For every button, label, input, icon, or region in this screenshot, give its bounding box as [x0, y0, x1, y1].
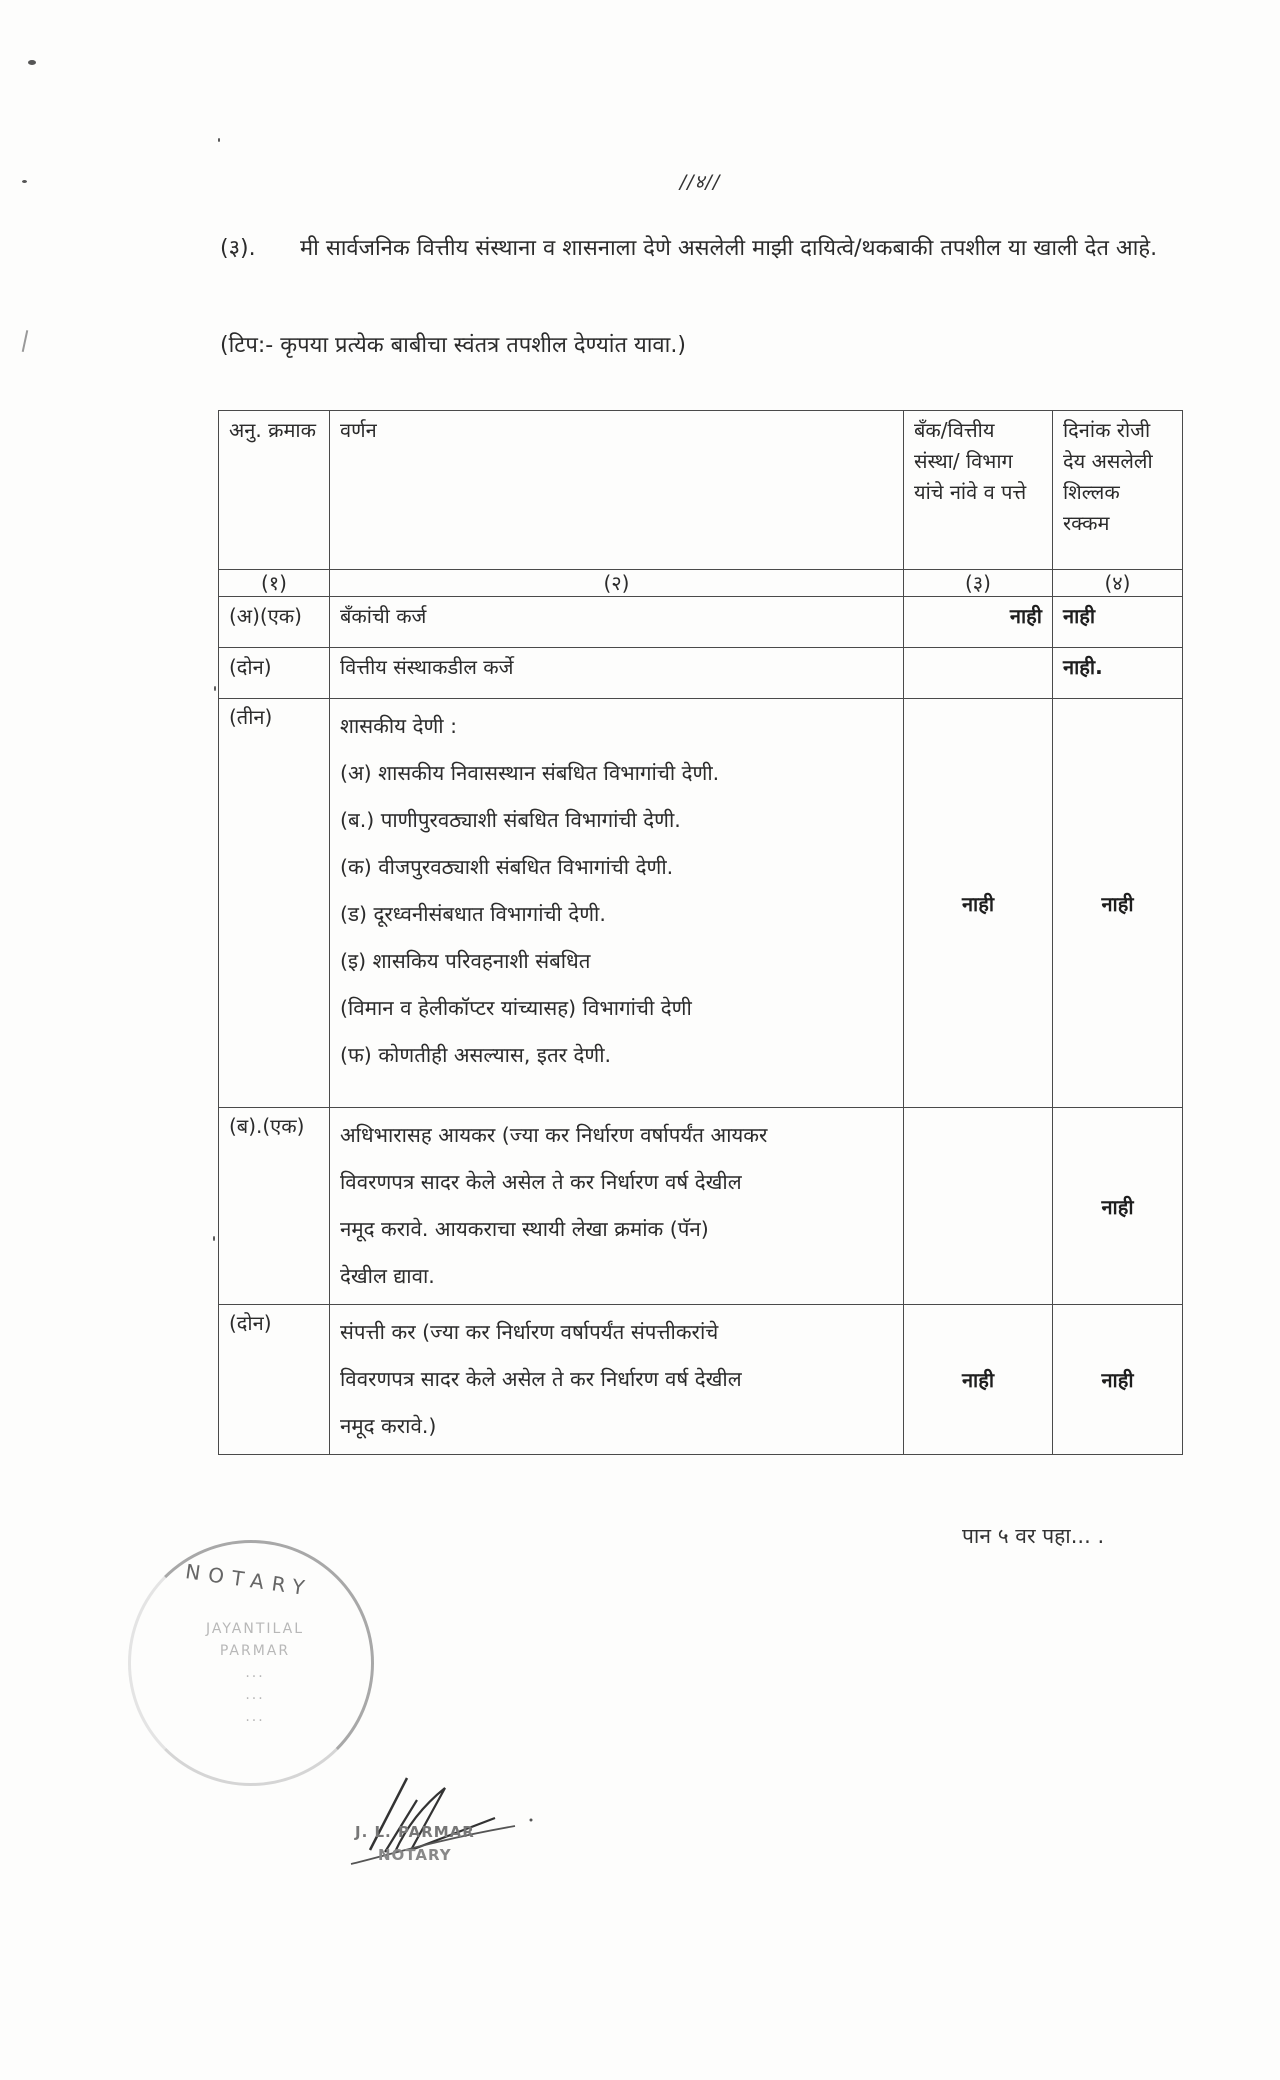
section-note: (टिप:- कृपया प्रत्येक बाबीचा स्वंतत्र तप… — [220, 323, 686, 369]
description-line: नमूद करावे.) — [340, 1403, 893, 1450]
row-balance: नाही. — [1053, 648, 1183, 699]
description-line: बँकांची कर्ज — [340, 604, 426, 628]
table-row: (अ)(एक) बँकांची कर्ज नाही नाही — [219, 597, 1183, 648]
document-page: //४// (३). मी सार्वजनिक वित्तीय संस्थाना… — [0, 0, 1280, 2080]
header-balance: दिनांक रोजी देय असलेली शिल्लक रक्कम — [1053, 411, 1183, 570]
scan-speck — [214, 686, 216, 691]
table-row: (दोन) वित्तीय संस्थाकडील कर्जे नाही. — [219, 648, 1183, 699]
description-line: (विमान व हेलीकॉप्टर यांच्यासह) विभागांची… — [340, 985, 893, 1032]
header-description: वर्णन — [330, 411, 904, 570]
description-line: वित्तीय संस्थाकडील कर्जे — [340, 655, 513, 679]
row-description: अधिभारासह आयकर (ज्या कर निर्धारण वर्षापर… — [330, 1108, 904, 1305]
row-description: संपत्ती कर (ज्या कर निर्धारण वर्षापर्यंत… — [330, 1305, 904, 1455]
scan-speck — [28, 60, 36, 65]
description-line: (ब.) पाणीपुरवठ्याशी संबधित विभागांची देण… — [340, 797, 893, 844]
stamp-line: PARMAR — [185, 1640, 325, 1662]
column-number-row: (१) (२) (३) (४) — [219, 570, 1183, 597]
description-line: (ड) दूरध्वनीसंबधात विभागांची देणी. — [340, 891, 893, 938]
row-balance: नाही — [1053, 699, 1183, 1108]
scan-speck — [213, 1236, 215, 1241]
notary-stamp-inner-text: JAYANTILAL PARMAR ... ... ... — [185, 1618, 325, 1728]
row-serial: (दोन) — [219, 648, 330, 699]
row-balance: नाही — [1053, 597, 1183, 648]
stamp-line: ... — [185, 1662, 325, 1684]
row-institution: नाही — [904, 699, 1053, 1108]
row-serial: (तीन) — [219, 699, 330, 1108]
scan-speck — [218, 138, 220, 142]
header-institution: बँक/वित्तीय संस्था/ विभाग यांचे नांवे व … — [904, 411, 1053, 570]
table-row: (दोन) संपत्ती कर (ज्या कर निर्धारण वर्षा… — [219, 1305, 1183, 1455]
column-number: (४) — [1053, 570, 1183, 597]
description-line: शासकीय देणी : — [340, 703, 893, 750]
notary-title: NOTARY — [378, 1846, 452, 1864]
section-statement: मी सार्वजनिक वित्तीय संस्थाना व शासनाला … — [300, 226, 1192, 272]
row-serial: (ब).(एक) — [219, 1108, 330, 1305]
row-serial: (दोन) — [219, 1305, 330, 1455]
column-number: (२) — [330, 570, 904, 597]
continued-on-next-page: पान ५ वर पहा... . — [962, 1522, 1104, 1550]
stamp-line: JAYANTILAL — [185, 1618, 325, 1640]
row-serial: (अ)(एक) — [219, 597, 330, 648]
notary-name: J. L. PARMAR — [355, 1823, 475, 1841]
row-institution — [904, 648, 1053, 699]
row-description: शासकीय देणी : (अ) शासकीय निवासस्थान संबध… — [330, 699, 904, 1108]
row-description: वित्तीय संस्थाकडील कर्जे — [330, 648, 904, 699]
description-line: देखील द्यावा. — [340, 1253, 893, 1300]
row-balance: नाही — [1053, 1108, 1183, 1305]
description-line: (फ) कोणतीही असल्यास, इतर देणी. — [340, 1032, 893, 1079]
column-number: (१) — [219, 570, 330, 597]
description-line: विवरणपत्र सादर केले असेल ते कर निर्धारण … — [340, 1356, 893, 1403]
stamp-line: ... — [185, 1706, 325, 1728]
row-institution: नाही — [904, 1305, 1053, 1455]
column-number: (३) — [904, 570, 1053, 597]
table-header-row: अनु. क्रमाक वर्णन बँक/वित्तीय संस्था/ वि… — [219, 411, 1183, 570]
description-line: संपत्ती कर (ज्या कर निर्धारण वर्षापर्यंत… — [340, 1309, 893, 1356]
description-line: (इ) शासकिय परिवहनाशी संबधित — [340, 938, 893, 985]
row-description: बँकांची कर्ज — [330, 597, 904, 648]
description-line: नमूद करावे. आयकराचा स्थायी लेखा क्रमांक … — [340, 1206, 893, 1253]
description-line: विवरणपत्र सादर केले असेल ते कर निर्धारण … — [340, 1159, 893, 1206]
description-line: (अ) शासकीय निवासस्थान संबधित विभागांची द… — [340, 750, 893, 797]
scan-speck — [22, 330, 28, 352]
liabilities-table: अनु. क्रमाक वर्णन बँक/वित्तीय संस्था/ वि… — [218, 410, 1183, 1455]
section-number: (३). — [220, 226, 256, 272]
row-institution: नाही — [904, 597, 1053, 648]
row-balance: नाही — [1053, 1305, 1183, 1455]
header-serial: अनु. क्रमाक — [219, 411, 330, 570]
table-row: (ब).(एक) अधिभारासह आयकर (ज्या कर निर्धार… — [219, 1108, 1183, 1305]
stamp-line: ... — [185, 1684, 325, 1706]
table-row: (तीन) शासकीय देणी : (अ) शासकीय निवासस्था… — [219, 699, 1183, 1108]
row-institution — [904, 1108, 1053, 1305]
description-line: (क) वीजपुरवठ्याशी संबधित विभागांची देणी. — [340, 844, 893, 891]
description-line: अधिभारासह आयकर (ज्या कर निर्धारण वर्षापर… — [340, 1112, 893, 1159]
page-number-marker: //४// — [0, 168, 1280, 194]
